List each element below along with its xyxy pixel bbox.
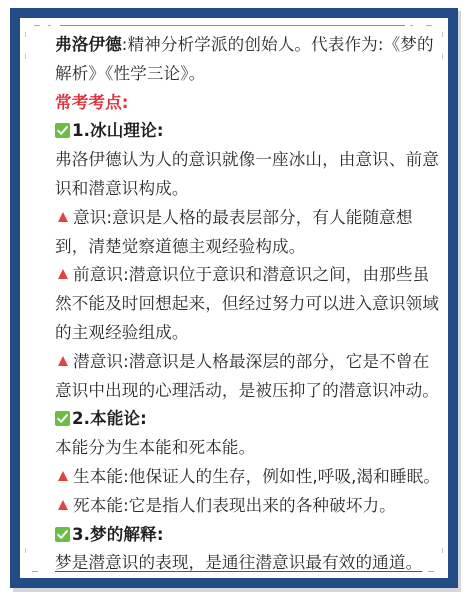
bullet-continuation: 意识中出现的心理活动，是被压抑了的潜意识冲动。 [55, 377, 450, 406]
bullet-death-instinct: 死本能:它是指人们表现出来的各种破坏力。 [55, 492, 450, 521]
top-rule-line [60, 25, 405, 26]
intro-line-1: 弗洛伊德:精神分析学派的创始人。代表作为:《梦的 [55, 31, 450, 60]
paragraph-line: 本能分为生本能和死本能。 [55, 434, 450, 463]
bullet-preconscious: 前意识:潜意识位于意识和潜意识之间，由那些虽 [55, 261, 450, 290]
red-triangle-icon [58, 269, 68, 279]
section-heading-text: 1.冰山理论: [72, 121, 164, 140]
document-page: 弗洛伊德:精神分析学派的创始人。代表作为:《梦的 解析》《性学三论》。 常考考点… [20, 18, 448, 578]
corner-mark [410, 25, 413, 26]
corner-mark [32, 571, 38, 572]
bullet-continuation: 到，清楚觉察道德主观经验构成。 [55, 233, 450, 262]
key-points-label: 常考考点: [55, 89, 450, 118]
red-triangle-icon [58, 356, 68, 366]
intro-text: :精神分析学派的创始人。代表作为:《梦的 [122, 35, 434, 54]
bullet-text: 生本能:他保证人的生存，例如性,呼吸,渴和睡眠。 [73, 467, 440, 486]
bullet-conscious: 意识:意识是人格的最表层部分，有人能随意想 [55, 204, 450, 233]
side-mark [25, 32, 26, 37]
corner-mark [34, 25, 40, 26]
bullet-life-instinct: 生本能:他保证人的生存，例如性,呼吸,渴和睡眠。 [55, 463, 450, 492]
check-box-icon [55, 411, 70, 426]
red-triangle-icon [58, 471, 68, 481]
paragraph-line: 弗洛伊德认为人的意识就像一座冰山，由意识、前意 [55, 146, 450, 175]
side-mark [25, 548, 26, 553]
bullet-continuation: 然不能及时回想起来，但经过努力可以进入意识领域 [55, 290, 450, 319]
section-heading-text: 3.梦的解释: [72, 525, 164, 544]
paragraph-line: 识和潜意识构成。 [55, 175, 450, 204]
red-triangle-icon [58, 212, 68, 222]
author-name: 弗洛伊德 [55, 35, 122, 54]
document-content: 弗洛伊德:精神分析学派的创始人。代表作为:《梦的 解析》《性学三论》。 常考考点… [55, 31, 450, 578]
bullet-text: 潜意识:潜意识是人格最深层的部分，它是不曾在 [73, 352, 429, 371]
bullet-unconscious: 潜意识:潜意识是人格最深层的部分，它是不曾在 [55, 348, 450, 377]
check-box-icon [55, 527, 70, 542]
bullet-text: 意识:意识是人格的最表层部分，有人能随意想 [73, 208, 413, 227]
bullet-text: 前意识:潜意识位于意识和潜意识之间，由那些虽 [73, 265, 429, 284]
intro-line-2: 解析》《性学三论》。 [55, 60, 450, 89]
section-heading-text: 2.本能论: [72, 409, 147, 428]
section-heading-instinct: 2.本能论: [55, 405, 450, 434]
bullet-continuation: 的主观经验组成。 [55, 319, 450, 348]
red-triangle-icon [58, 500, 68, 510]
section-heading-iceberg: 1.冰山理论: [55, 117, 450, 146]
corner-mark [48, 25, 51, 26]
corner-mark [426, 25, 432, 26]
check-box-icon [55, 123, 70, 138]
paragraph-line-underlined: 梦是潜意识的表现，是通往潜意识最有效的通道。 [55, 549, 450, 578]
bullet-text: 死本能:它是指人们表现出来的各种破坏力。 [73, 496, 396, 515]
section-heading-dream: 3.梦的解释: [55, 521, 450, 550]
side-mark [25, 54, 26, 59]
